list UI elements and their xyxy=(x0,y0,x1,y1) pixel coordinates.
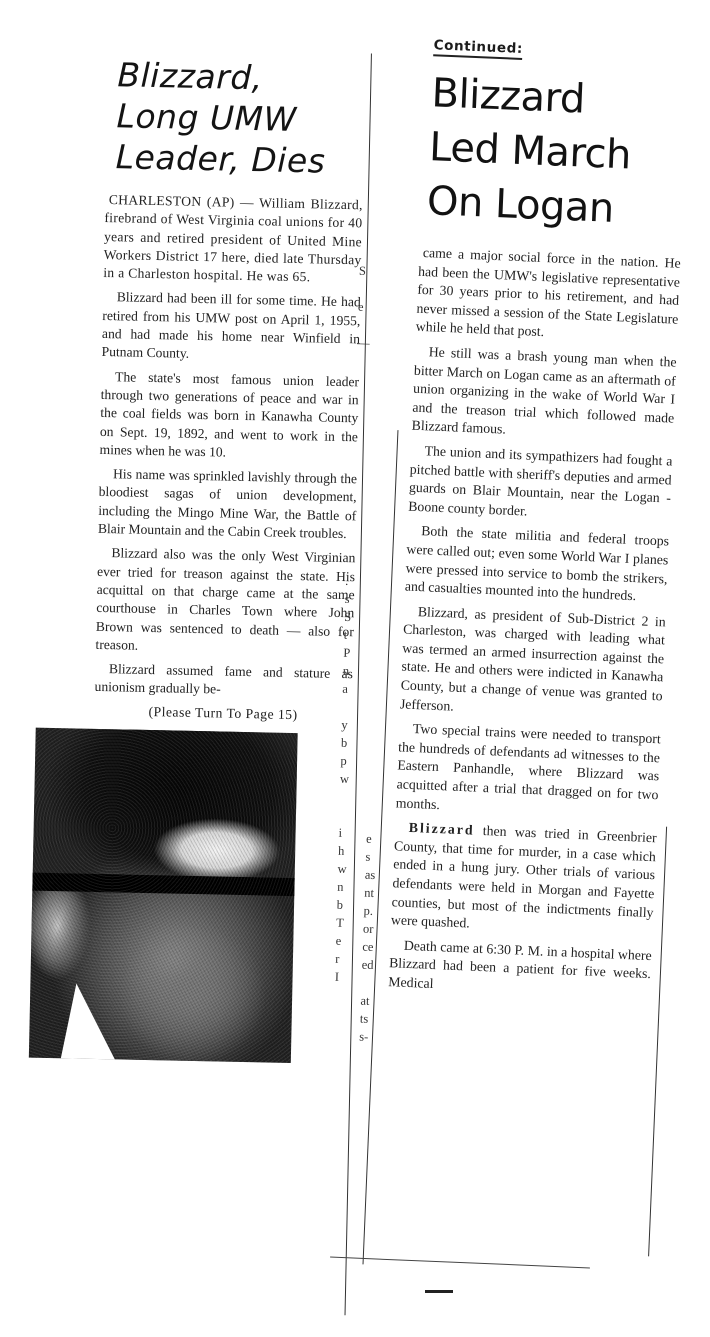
left-article-body: CHARLESTON (AP) — William Blizzard, fire… xyxy=(94,191,363,702)
portrait-photo xyxy=(29,727,298,1062)
article-paragraph: Blizzard had been ill for some time. He … xyxy=(101,288,360,367)
fragment-column-a: S e — xyxy=(357,262,377,352)
article-paragraph: CHARLESTON (AP) — William Blizzard, fire… xyxy=(103,191,363,288)
continued-label: Continued: xyxy=(433,37,523,60)
article-paragraph: The union and its sympathizers had fough… xyxy=(408,442,673,527)
right-headline: Blizzard Led March On Logan xyxy=(426,66,689,239)
bold-lead-word: Blizzard xyxy=(409,820,475,838)
article-paragraph: He still was a brash young man when the … xyxy=(411,343,677,447)
article-paragraph: Blizzard also was the only West Virginia… xyxy=(95,544,355,659)
article-paragraph: Blizzard, as president of Sub-District 2… xyxy=(400,602,666,724)
article-paragraph: Blizzard then was tried in Greenbrier Co… xyxy=(391,819,657,941)
left-headline: Blizzard, Long UMW Leader, Dies xyxy=(115,54,366,182)
turn-page-notice: (Please Turn To Page 15) xyxy=(94,703,352,724)
article-paragraph: Death came at 6:30 P. M. in a hospital w… xyxy=(388,936,652,1003)
article-paragraph: His name was sprinkled lavishly through … xyxy=(98,465,357,544)
article-paragraph: Blizzard assumed fame and stature as uni… xyxy=(94,660,353,702)
article-paragraph: The state's most famous union leader thr… xyxy=(99,368,359,465)
article-paragraph: Two special trains were needed to transp… xyxy=(395,720,661,824)
right-clipping: Continued: Blizzard Led March On Logan c… xyxy=(376,36,689,1276)
article-paragraph: Both the state militia and federal troop… xyxy=(405,522,670,607)
right-article-body: came a major social force in the nation.… xyxy=(388,244,681,1003)
end-mark xyxy=(425,1290,453,1293)
article-paragraph: came a major social force in the nation.… xyxy=(415,244,681,348)
shirt-collar xyxy=(61,983,117,1059)
left-headline-block: Blizzard, Long UMW Leader, Dies xyxy=(105,54,366,182)
left-clipping: Blizzard, Long UMW Leader, Dies CHARLEST… xyxy=(82,48,366,1315)
